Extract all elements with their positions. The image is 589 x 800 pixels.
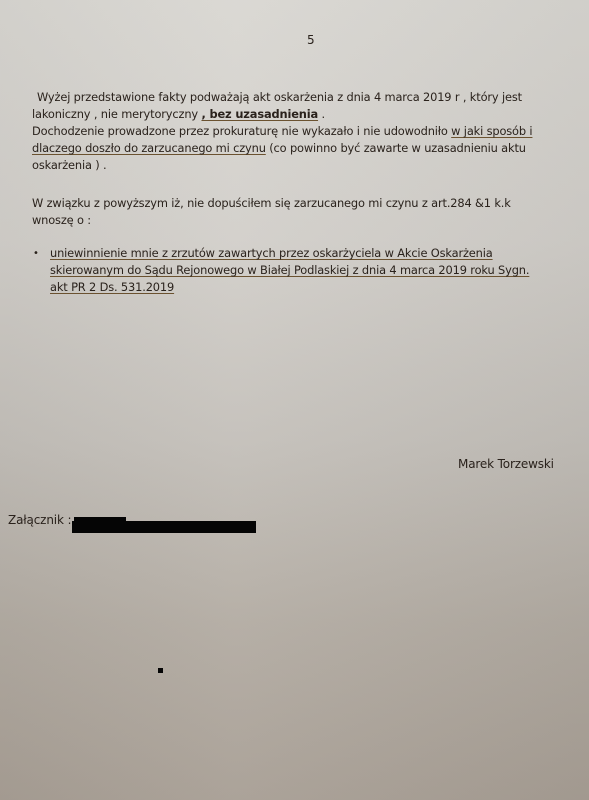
paragraph2-line2: wnoszę o :	[32, 212, 91, 229]
signature-name: Marek Torzewski	[458, 456, 554, 473]
line2-suffix: .	[318, 107, 325, 121]
bold-underlined-phrase: , bez uzasadnienia	[201, 107, 318, 121]
redaction-bar	[72, 521, 256, 533]
page-number: 5	[307, 32, 315, 49]
bullet-icon: •	[33, 245, 39, 262]
paragraph1-line1: Wyżej przedstawione fakty podważają akt …	[37, 89, 522, 106]
paragraph1-line5: oskarżenia ) .	[32, 157, 107, 174]
underlined-phrase: w jaki sposób i	[451, 124, 532, 138]
paragraph1-line4: dlaczego doszło do zarzucanego mi czynu …	[32, 140, 526, 157]
line2-prefix: lakoniczny , nie merytoryczny	[32, 107, 201, 121]
line3-prefix: Dochodzenie prowadzone przez prokuraturę…	[32, 124, 451, 138]
paragraph1-line3: Dochodzenie prowadzone przez prokuraturę…	[32, 123, 532, 140]
small-square-mark	[158, 668, 163, 673]
list-item-line2: skierowanym do Sądu Rejonowego w Białej …	[50, 262, 529, 279]
line4-suffix: (co powinno być zawarte w uzasadnieniu a…	[266, 141, 526, 155]
list-item-line3: akt PR 2 Ds. 531.2019	[50, 279, 174, 296]
underlined-phrase: dlaczego doszło do zarzucanego mi czynu	[32, 141, 266, 155]
attachment-label: Załącznik :	[8, 512, 71, 529]
paragraph1-line2: lakoniczny , nie merytoryczny , bez uzas…	[32, 106, 325, 123]
paragraph2-line1: W związku z powyższym iż, nie dopuściłem…	[32, 195, 511, 212]
list-item-line1: uniewinnienie mnie z zrzutów zawartych p…	[50, 245, 493, 262]
